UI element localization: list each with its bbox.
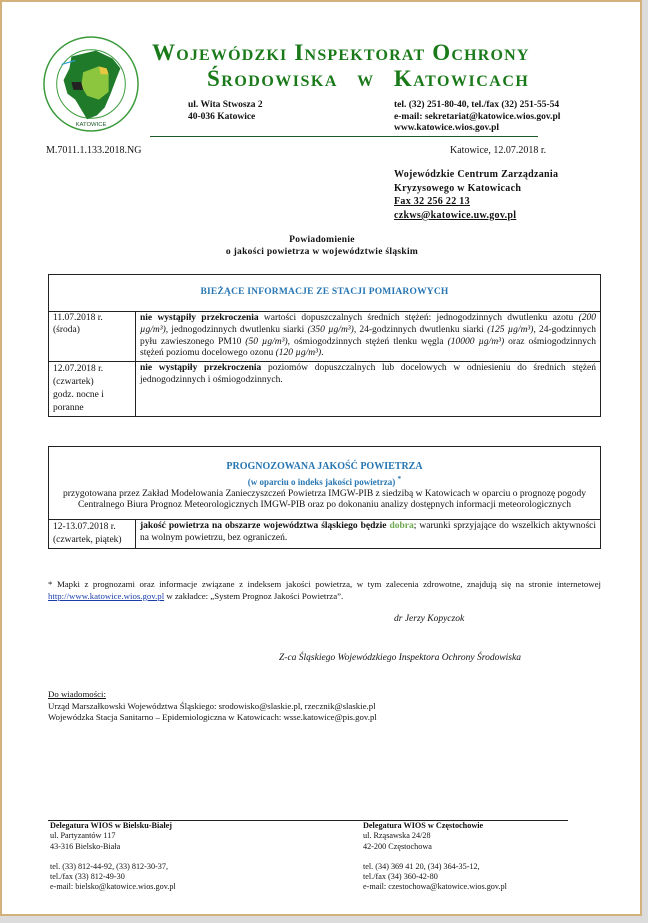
branch-city: 43-316 Bielsko-Biała bbox=[50, 842, 176, 852]
branch-fax: tel./fax (34) 360-42-80 bbox=[363, 872, 507, 882]
row-text-cell: nie wystąpiły przekroczenia poziomów dop… bbox=[136, 362, 601, 417]
limit-pm10: (50 µg/m³) bbox=[245, 337, 287, 347]
row-text: , jednogodzinnych dwutlenku siarki bbox=[166, 325, 308, 335]
recipient-line2: Kryzysowego w Katowicach bbox=[394, 182, 558, 196]
limit-so2-24h: (125 µg/m³) bbox=[487, 325, 533, 335]
row-status: nie wystąpiły przekroczenia bbox=[140, 363, 261, 373]
branch-bielsko: Delegatura WIOS w Bielsku-Białej ul. Par… bbox=[50, 821, 176, 893]
current-info-heading: BIEŻĄCE INFORMACJE ZE STACJI POMIAROWYCH bbox=[49, 275, 601, 312]
air-quality-badge: dobra bbox=[389, 521, 413, 531]
contact-phone: tel. (32) 251-80-40, tel./fax (32) 251-5… bbox=[394, 100, 560, 112]
table-row: 11.07.2018 r. (środa) nie wystąpiły prze… bbox=[49, 312, 601, 362]
row-day: (czwartek) bbox=[53, 376, 131, 389]
table-row: 12-13.07.2018 r. (czwartek, piątek) jako… bbox=[49, 520, 601, 549]
row-status: jakość powietrza na obszarze województwa… bbox=[140, 521, 386, 531]
branch-street: ul. Partyzantów 117 bbox=[50, 831, 176, 841]
notice-title-block: Powiadomienie o jakości powietrza w woje… bbox=[42, 234, 602, 258]
limit-so2-1h: (350 µg/m³) bbox=[307, 325, 353, 335]
row-date-cell: 11.07.2018 r. (środa) bbox=[49, 312, 136, 362]
row-text: , 24-godzinnych dwutlenku siarki bbox=[354, 325, 487, 335]
notice-subtitle: o jakości powietrza w województwie śląsk… bbox=[42, 246, 602, 258]
document-page: KATOWICE Wojewódzki Inspektorat Ochrony … bbox=[0, 0, 642, 916]
row-date: 12-13.07.2018 r. bbox=[53, 521, 131, 534]
forecast-subheading: (w oparciu o indeks jakości powietrza) bbox=[248, 477, 396, 487]
recipient-fax: Fax 32 256 22 13 bbox=[394, 195, 558, 209]
wios-logo-icon: KATOWICE bbox=[42, 35, 140, 133]
svg-text:KATOWICE: KATOWICE bbox=[76, 122, 107, 128]
reference-number: M.7011.1.133.2018.NG bbox=[46, 145, 141, 156]
branch-email[interactable]: e-mail: czestochowa@katowice.wios.gov.pl bbox=[363, 882, 507, 892]
forecast-table: PROGNOZOWANA JAKOŚĆ POWIETRZA (w oparciu… bbox=[48, 446, 601, 549]
institution-contact: tel. (32) 251-80-40, tel./fax (32) 251-5… bbox=[394, 100, 560, 135]
branch-phone: tel. (33) 812-44-92, (33) 812-30-37, bbox=[50, 862, 176, 872]
footnote-text: w zakładce: „System Prognoz Jakości Powi… bbox=[164, 591, 343, 601]
row-text-cell: jakość powietrza na obszarze województwa… bbox=[136, 520, 601, 549]
row-status: nie wystąpiły przekroczenia bbox=[140, 313, 259, 323]
branch-email[interactable]: e-mail: bielsko@katowice.wios.gov.pl bbox=[50, 882, 176, 892]
row-time-of-day: godz. nocne i poranne bbox=[53, 389, 131, 415]
recipient-block: Wojewódzkie Centrum Zarządzania Kryzysow… bbox=[394, 168, 558, 222]
row-text: , ośmiogodzinnych stężeń tlenku węgla bbox=[288, 337, 448, 347]
forecast-heading-cell: PROGNOZOWANA JAKOŚĆ POWIETRZA (w oparciu… bbox=[49, 447, 601, 520]
branch-city: 42-200 Częstochowa bbox=[363, 842, 507, 852]
row-text: . bbox=[321, 348, 323, 358]
forecast-description: przygotowana przez Zakład Modelowania Za… bbox=[53, 489, 596, 519]
institution-name-line1: Wojewódzki Inspektorat Ochrony bbox=[152, 40, 530, 66]
cc-line: Wojewódzka Stacja Sanitarno – Epidemiolo… bbox=[48, 712, 377, 724]
footnote: * Mapki z prognozami oraz informacje zwi… bbox=[48, 579, 601, 602]
forecast-heading: PROGNOZOWANA JAKOŚĆ POWIETRZA bbox=[53, 461, 596, 473]
header-divider bbox=[150, 136, 538, 137]
footnote-text: * Mapki z prognozami oraz informacje zwi… bbox=[48, 579, 601, 589]
address-city: 40-036 Katowice bbox=[188, 112, 263, 124]
limit-ozone: (120 µg/m³) bbox=[276, 348, 322, 358]
branch-name: Delegatura WIOS w Bielsku-Białej bbox=[50, 821, 176, 831]
footnote-marker: * bbox=[398, 474, 402, 483]
website-link[interactable]: http://www.katowice.wios.gov.pl bbox=[48, 591, 164, 601]
branch-phone: tel. (34) 369 41 20, (34) 364-35-12, bbox=[363, 862, 507, 872]
contact-website[interactable]: www.katowice.wios.gov.pl bbox=[394, 123, 560, 135]
row-text: wartości dopuszczalnych średnich stężeń:… bbox=[259, 313, 579, 323]
current-info-table: BIEŻĄCE INFORMACJE ZE STACJI POMIAROWYCH… bbox=[48, 274, 601, 417]
limit-co: (10000 µg/m³) bbox=[448, 337, 505, 347]
row-date-cell: 12.07.2018 r. (czwartek) godz. nocne i p… bbox=[49, 362, 136, 417]
institution-name-line2: Środowiska w Katowicach bbox=[207, 66, 529, 92]
signatory-role: Z-ca Śląskiego Wojewódzkiego Inspektora … bbox=[279, 653, 521, 663]
branch-street: ul. Rząsawska 24/28 bbox=[363, 831, 507, 841]
branch-name: Delegatura WIOS w Częstochowie bbox=[363, 821, 507, 831]
signatory-name: dr Jerzy Kopyczok bbox=[394, 614, 464, 624]
recipient-email[interactable]: czkws@katowice.uw.gov.pl bbox=[394, 209, 558, 223]
row-day: (środa) bbox=[53, 325, 131, 337]
address-street: ul. Wita Stwosza 2 bbox=[188, 100, 263, 112]
branch-fax: tel./fax (33) 812-49-30 bbox=[50, 872, 176, 882]
row-date-cell: 12-13.07.2018 r. (czwartek, piątek) bbox=[49, 520, 136, 549]
row-date: 11.07.2018 r. bbox=[53, 313, 131, 325]
institution-address: ul. Wita Stwosza 2 40-036 Katowice bbox=[188, 100, 263, 123]
recipient-line1: Wojewódzkie Centrum Zarządzania bbox=[394, 168, 558, 182]
notice-title: Powiadomienie bbox=[42, 234, 602, 246]
contact-email[interactable]: e-mail: sekretariat@katowice.wios.gov.pl bbox=[394, 112, 560, 124]
branch-czestochowa: Delegatura WIOS w Częstochowie ul. Rząsa… bbox=[363, 821, 507, 893]
row-text-cell: nie wystąpiły przekroczenia wartości dop… bbox=[136, 312, 601, 362]
row-day: (czwartek, piątek) bbox=[53, 534, 131, 547]
forecast-subheading-line: (w oparciu o indeks jakości powietrza) * bbox=[53, 473, 596, 489]
table-row: 12.07.2018 r. (czwartek) godz. nocne i p… bbox=[49, 362, 601, 417]
row-date: 12.07.2018 r. bbox=[53, 363, 131, 376]
cc-line: Urząd Marszałkowski Województwa Śląskieg… bbox=[48, 701, 377, 713]
place-date: Katowice, 12.07.2018 r. bbox=[450, 145, 546, 156]
cc-label: Do wiadomości: bbox=[48, 689, 377, 701]
cc-block: Do wiadomości: Urząd Marszałkowski Wojew… bbox=[48, 689, 377, 724]
